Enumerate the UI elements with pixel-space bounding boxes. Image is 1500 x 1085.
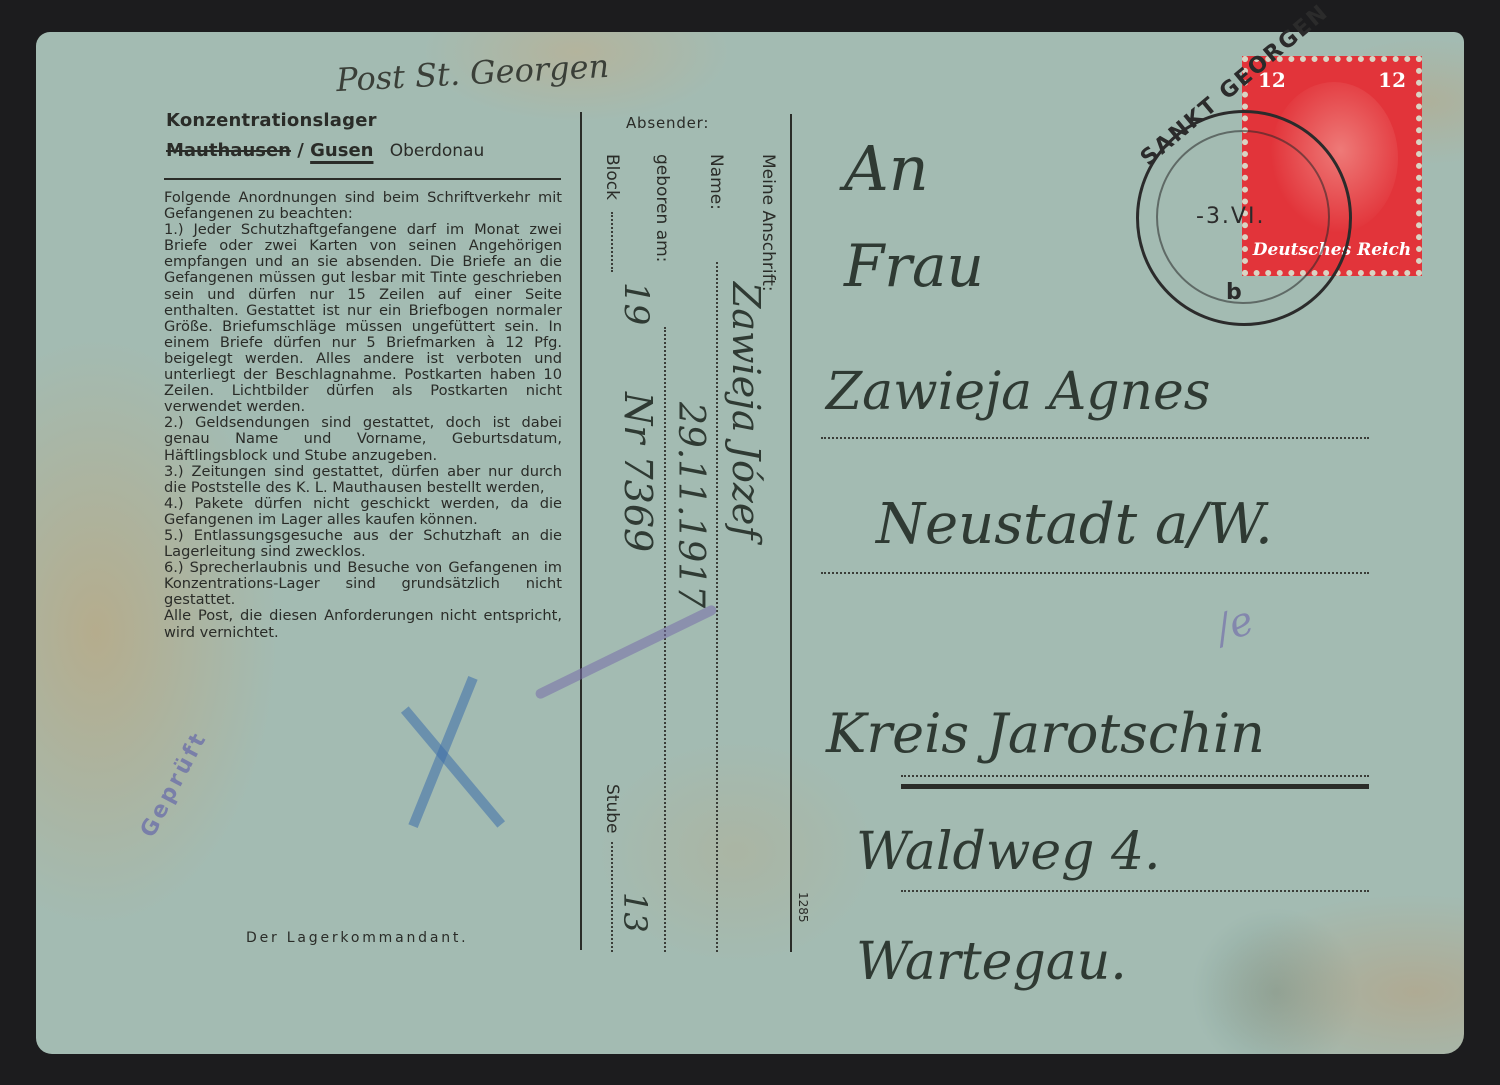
sender-born-handwritten: 29.11.1917 (670, 402, 711, 608)
postmark-suffix: b (1226, 280, 1244, 305)
regulations-intro: Folgende Anordnungen sind beim Schriftve… (164, 190, 562, 222)
recipient-line: Frau (844, 232, 984, 300)
camp-name: Mauthausen / Gusen Oberdonau (166, 140, 484, 161)
sender-block-handwritten: 19 (616, 282, 656, 325)
recipient-line: Neustadt a/W. (876, 492, 1273, 557)
block-label: Block (602, 154, 622, 200)
camp-struck: Mauthausen (166, 140, 291, 161)
censor-stamp: Geprüft (136, 727, 213, 841)
sender-stube-handwritten: 13 (616, 892, 654, 933)
block-dotted-line (611, 212, 613, 272)
camp-region: Oberdonau (390, 141, 484, 161)
recipient-line: Waldweg 4. (856, 822, 1161, 882)
regulation-item: 2.) Geldsendungen sind gestattet, doch i… (164, 415, 562, 463)
address-solid-rule (901, 784, 1369, 789)
address-label: Meine Anschrift: (758, 154, 778, 292)
regulation-item: 6.) Sprecherlaubnis und Besuche von Gefa… (164, 560, 562, 608)
signoff: Der Lagerkommandant. (246, 930, 468, 946)
header-rule (164, 178, 561, 180)
regulation-item: 1.) Jeder Schutzhaftgefangene darf im Mo… (164, 222, 562, 415)
regulation-item: 3.) Zeitungen sind gestattet, dürfen abe… (164, 464, 562, 496)
regulations-closing: Alle Post, die diesen Anforderungen nich… (164, 608, 562, 640)
stube-dotted-line (611, 842, 613, 952)
camp-gusen: Gusen (310, 140, 373, 161)
postmark-date: -3.VI. (1196, 204, 1265, 229)
camp-title: Konzentrationslager (166, 110, 377, 131)
form-number: 1285 (796, 892, 810, 923)
name-label: Name: (706, 154, 726, 210)
recipient-line: Zawieja Agnes (826, 362, 1211, 422)
regulation-item: 5.) Entlassungsgesuche aus der Schutzhaf… (164, 528, 562, 560)
born-dotted-line (664, 327, 666, 952)
regulation-item: 4.) Pakete dürfen nicht geschickt werden… (164, 496, 562, 528)
name-dotted-line (716, 262, 718, 952)
recipient-line: An (844, 132, 929, 205)
born-label: geboren am: (652, 154, 672, 262)
recipient-line: Wartegau. (856, 932, 1127, 992)
top-handwriting: Post St. Georgen (335, 47, 610, 99)
sender-name-handwritten: Zawieja Józef (724, 282, 768, 539)
divider-right (790, 114, 792, 952)
sender-heading: Absender: (626, 114, 709, 132)
stube-label: Stube (602, 784, 622, 833)
camp-separator: / (297, 140, 304, 161)
address-dotted-line (821, 437, 1369, 439)
stamp-value-right: 12 (1378, 68, 1406, 92)
address-dotted-line (901, 775, 1369, 777)
address-dotted-line (821, 572, 1369, 574)
postcard: Post St. Georgen Konzentrationslager Mau… (36, 32, 1464, 1054)
recipient-line: Kreis Jarotschin (826, 702, 1265, 765)
pencil-annotation: /e (1209, 597, 1260, 653)
regulations: Folgende Anordnungen sind beim Schriftve… (164, 190, 562, 641)
address-dotted-line (901, 890, 1369, 892)
prisoner-number-handwritten: Nr 7369 (616, 392, 660, 552)
divider-left (580, 112, 582, 950)
